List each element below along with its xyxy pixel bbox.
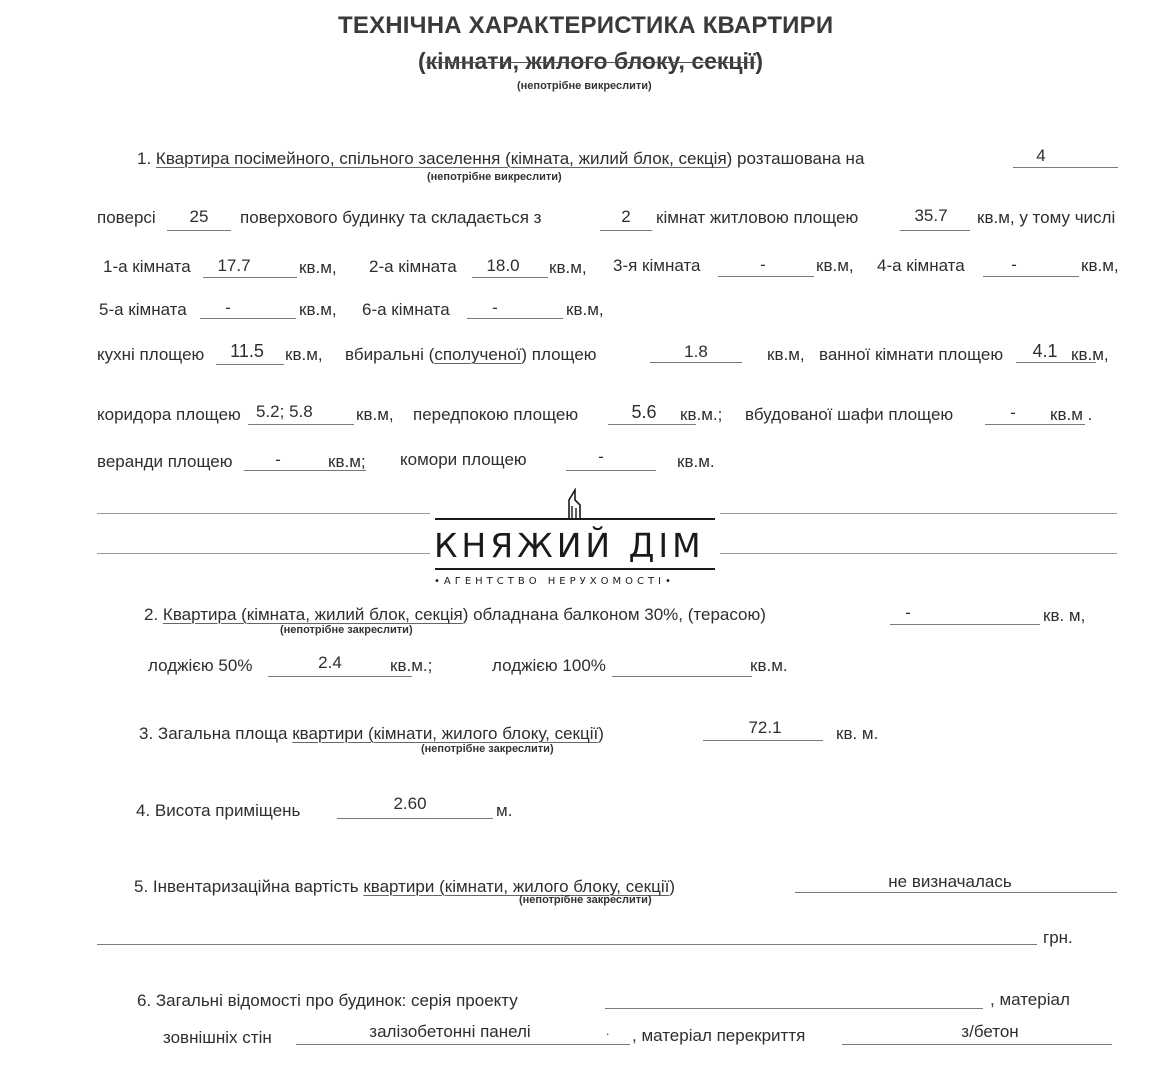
strike-note: (непотрібне закреслити) (280, 624, 413, 636)
room-6-value: - (467, 298, 523, 318)
height-unit: м. (496, 801, 512, 821)
corridor-label: коридора площею (97, 405, 241, 425)
storage-value: - (566, 447, 636, 467)
storage-label: комори площею (400, 450, 527, 470)
label-storeys: поверхового будинку та складається з (240, 208, 541, 228)
corridor-value: 5.2; 5.8 (256, 402, 346, 422)
room-1-value: 17.7 (203, 256, 265, 276)
height-label: 4. Висота приміщень (136, 801, 300, 821)
floor-value: 4 (1013, 146, 1069, 166)
loggia50-unit: кв.м.; (390, 656, 432, 676)
room-2-label: 2-а кімната (369, 257, 457, 277)
loggia50-value: 2.4 (290, 653, 370, 673)
section3-lead: 3. Загальна площа квартири (кімнати, жил… (139, 724, 604, 744)
floor-material-label: , матеріал перекриття (632, 1026, 805, 1046)
room-4-value: - (983, 255, 1045, 275)
loggia50-label: лоджією 50% (148, 656, 252, 676)
room-5-value: - (200, 298, 256, 318)
bath-label: ванної кімнати площею (819, 345, 1003, 365)
strike-note: (непотрібне викреслити) (427, 171, 562, 183)
room-5-label: 5-а кімната (99, 300, 187, 320)
veranda-value: - (268, 450, 288, 470)
wc-unit: кв.м, (767, 345, 805, 365)
material-label: , матеріал (990, 990, 1070, 1010)
floor-material-value: з/бетон (930, 1022, 1050, 1042)
wc-label: вбиральні (сполученої) площею (345, 345, 597, 365)
strike-note: (непотрібне викреслити) (517, 80, 652, 92)
total-area-value: 72.1 (720, 718, 810, 738)
veranda-unit: кв.м; (328, 452, 366, 472)
loggia100-label: лоджією 100% (492, 656, 606, 676)
hall-label: передпокою площею (413, 405, 578, 425)
label-living-area: кімнат житловою площею (656, 208, 858, 228)
room-1-unit: кв.м, (299, 258, 337, 278)
room-5-unit: кв.м, (299, 300, 337, 320)
kitchen-value: 11.5 (216, 341, 278, 362)
logo-tagline: •АГЕНТСТВО НЕРУХОМОСТІ• (434, 576, 675, 587)
room-2-unit: кв.м, (549, 258, 587, 278)
wc-value: 1.8 (650, 342, 742, 362)
total-area-unit: кв. м. (836, 724, 878, 744)
section6-lead: 6. Загальні відомості про будинок: серія… (137, 991, 518, 1011)
kitchen-label: кухні площею (97, 345, 204, 365)
logo: КНЯЖИЙ ДІМ •АГЕНТСТВО НЕРУХОМОСТІ• (430, 486, 720, 591)
walls-label: зовнішніх стін (163, 1028, 272, 1048)
logo-name: КНЯЖИЙ ДІМ (434, 526, 705, 565)
room-3-label: 3-я кімната (613, 256, 700, 276)
section1-lead: 1. Квартира посімейного, спільного засел… (137, 149, 864, 169)
wardrobe-unit: кв.м . (1050, 405, 1092, 425)
label-including: кв.м, у тому числі (977, 208, 1115, 228)
room-6-unit: кв.м, (566, 300, 604, 320)
corridor-unit: кв.м, (356, 405, 394, 425)
strike-note: (непотрібне закреслити) (519, 894, 652, 906)
label-floor: поверсі (97, 208, 156, 228)
room-1-label: 1-а кімната (103, 257, 191, 277)
walls-value: залізобетонні панелі (340, 1022, 560, 1042)
wardrobe-value: - (985, 403, 1041, 423)
currency-unit: грн. (1043, 928, 1073, 948)
living-area-value: 35.7 (900, 206, 962, 226)
room-3-value: - (718, 255, 808, 275)
wardrobe-label: вбудованої шафи площею (745, 405, 953, 425)
document-subtitle: (кімнати, жилого блоку, секції) (418, 48, 763, 75)
hall-unit: кв.м.; (680, 405, 722, 425)
bath-value: 4.1 (1020, 341, 1070, 362)
rooms-value: 2 (600, 207, 652, 227)
storage-unit: кв.м. (677, 452, 715, 472)
room-3-unit: кв.м, (816, 256, 854, 276)
room-4-label: 4-а кімната (877, 256, 965, 276)
terrace-value: - (898, 603, 918, 623)
kitchen-unit: кв.м, (285, 345, 323, 365)
building-icon (558, 488, 588, 520)
storeys-value: 25 (167, 207, 231, 227)
section2-lead: 2. Квартира (кімната, жилий блок, секція… (144, 605, 766, 625)
loggia100-unit: кв.м. (750, 656, 788, 676)
room-4-unit: кв.м, (1081, 256, 1119, 276)
inventory-value: не визначалась (840, 872, 1060, 892)
terrace-unit: кв. м, (1043, 606, 1085, 626)
height-value: 2.60 (360, 794, 460, 814)
document-title: ТЕХНІЧНА ХАРАКТЕРИСТИКА КВАРТИРИ (338, 12, 833, 40)
veranda-label: веранди площею (97, 452, 233, 472)
room-6-label: 6-а кімната (362, 300, 450, 320)
strike-note: (непотрібне закреслити) (421, 743, 554, 755)
bath-unit: кв.м, (1071, 345, 1109, 365)
walls-dot: . (606, 1024, 609, 1038)
room-2-value: 18.0 (472, 256, 534, 276)
hall-value: 5.6 (614, 402, 674, 423)
